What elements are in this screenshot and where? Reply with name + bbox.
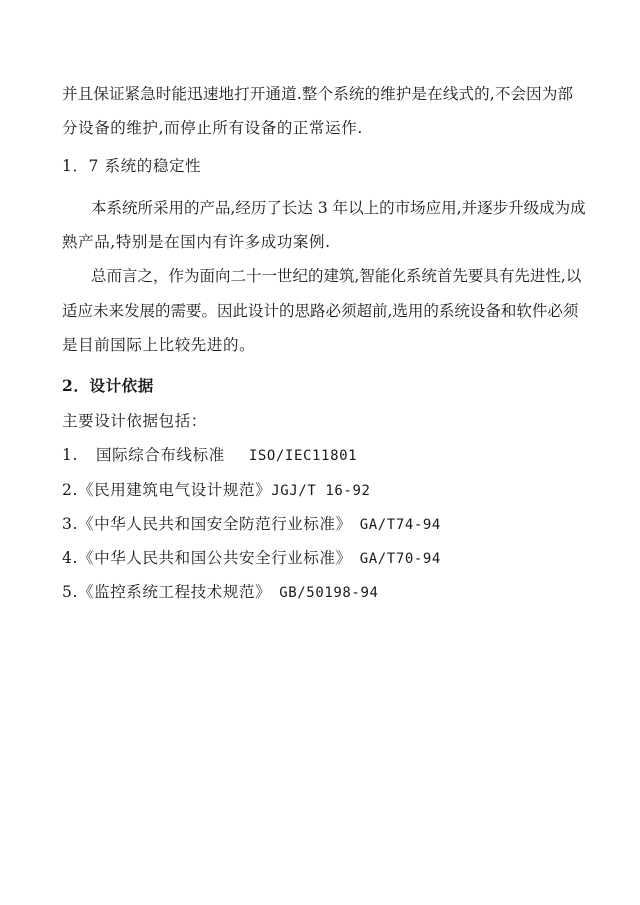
paragraph-line: 总而言之，作为面向二十一世纪的建筑,智能化系统首先要具有先进性,以	[91, 266, 573, 286]
item-number: 5.	[62, 583, 78, 601]
item-title: 国际综合布线标准	[96, 446, 225, 464]
section-heading-2: 2．设计依据	[62, 376, 154, 396]
item-code: GA/T74-94	[360, 517, 441, 533]
reference-item: 3.《中华人民共和国安全防范行业标准》GA/T74-94	[62, 514, 441, 535]
item-number: 3.	[62, 515, 78, 533]
paragraph-line: 分设备的维护,而停止所有设备的正常运作.	[62, 118, 363, 138]
item-number: 4.	[62, 549, 78, 567]
item-title: 《民用建筑电气设计规范》	[78, 481, 271, 499]
item-title: 《中华人民共和国公共安全行业标准》	[78, 549, 352, 567]
paragraph-line: 是目前国际上比较先进的。	[62, 335, 255, 355]
reference-item: 5.《监控系统工程技术规范》GB/50198-94	[62, 582, 379, 603]
paragraph-line: 本系统所采用的产品,经历了长达 3 年以上的市场应用,并逐步升级成为成	[91, 198, 573, 218]
intro-text: 主要设计依据包括：	[62, 411, 207, 431]
item-code: GB/50198-94	[279, 585, 378, 601]
item-title: 《监控系统工程技术规范》	[78, 583, 271, 601]
paragraph-line: 适应未来发展的需要。因此设计的思路必须超前,选用的系统设备和软件必须	[62, 301, 573, 321]
reference-item: 2.《民用建筑电气设计规范》JGJ/T 16-92	[62, 480, 371, 501]
item-code: GA/T70-94	[360, 551, 441, 567]
item-number: 1.	[62, 446, 78, 464]
item-code: ISO/IEC11801	[249, 448, 357, 464]
reference-item: 4.《中华人民共和国公共安全行业标准》GA/T70-94	[62, 548, 441, 569]
item-title: 《中华人民共和国安全防范行业标准》	[78, 515, 352, 533]
paragraph-line: 熟产品,特别是在国内有许多成功案例.	[62, 232, 331, 252]
paragraph-line: 并且保证紧急时能迅速地打开通道.整个系统的维护是在线式的,不会因为部	[62, 84, 573, 104]
section-heading-1-7: 1．7 系统的稳定性	[62, 156, 201, 176]
item-code: JGJ/T 16-92	[271, 483, 370, 499]
item-number: 2.	[62, 481, 78, 499]
reference-item: 1.国际综合布线标准ISO/IEC11801	[62, 445, 357, 466]
